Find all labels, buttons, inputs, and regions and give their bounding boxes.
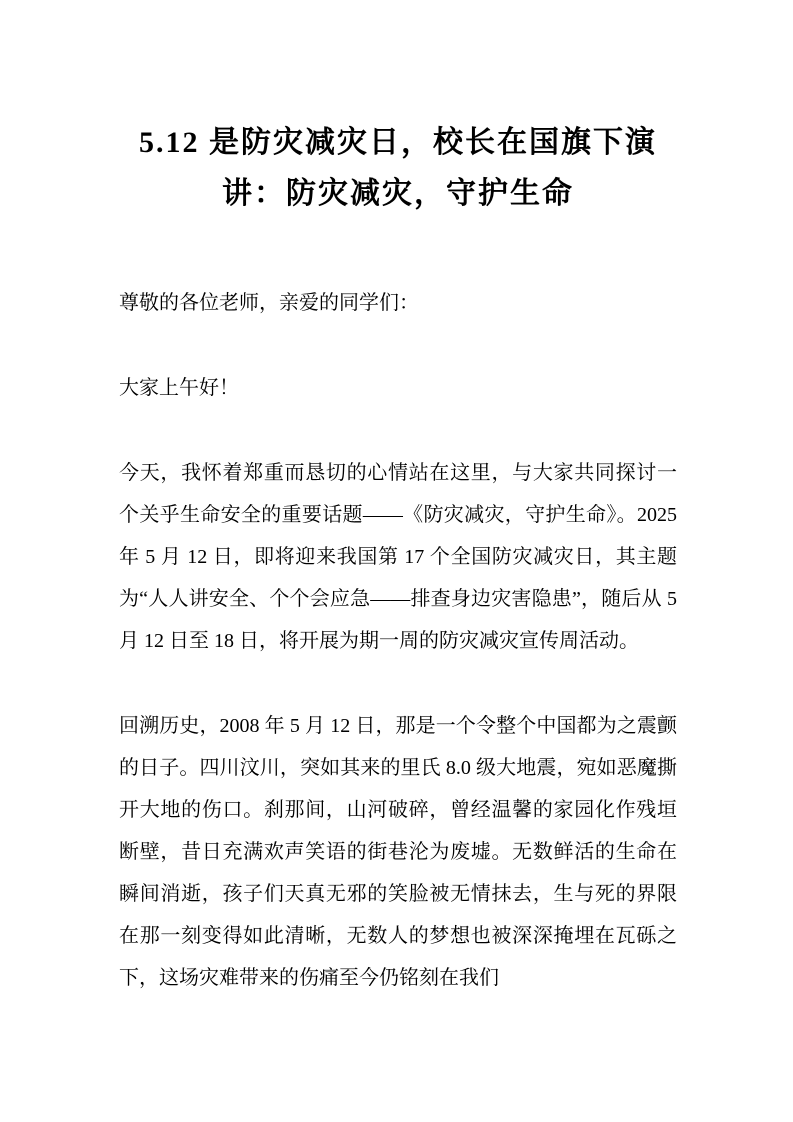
paragraph-greeting: 大家上午好！ bbox=[119, 367, 677, 409]
paragraph-wenchuan-history: 回溯历史，2008 年 5 月 12 日，那是一个令整个中国都为之震颤的日子。四… bbox=[119, 705, 677, 999]
document-title: 5.12 是防灾减灾日，校长在国旗下演讲：防灾减灾，守护生命 bbox=[119, 117, 677, 219]
paragraph-salutation: 尊敬的各位老师，亲爱的同学们： bbox=[119, 282, 677, 324]
paragraph-intro-theme: 今天，我怀着郑重而恳切的心情站在这里，与大家共同探讨一个关乎生命安全的重要话题—… bbox=[119, 452, 677, 662]
document-page: 5.12 是防灾减灾日，校长在国旗下演讲：防灾减灾，守护生命 尊敬的各位老师，亲… bbox=[0, 0, 793, 1122]
